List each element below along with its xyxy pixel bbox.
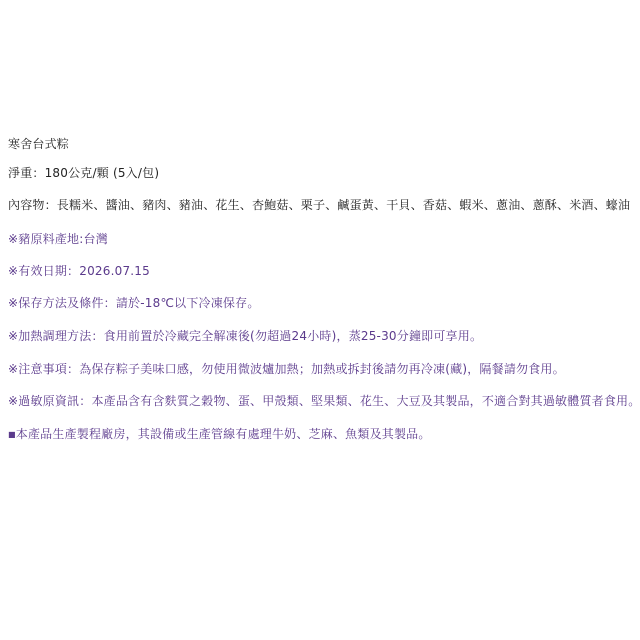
notice-storage: ※保存方法及條件：請於-18℃以下冷凍保存。 [8,295,260,311]
notice-allergens: ※過敏原資訊：本產品含有含麩質之穀物、蛋、甲殼類、堅果類、花生、大豆及其製品，不… [8,393,640,409]
facility-note-text: 本產品生產製程廠房，其設備或生產管線有處理牛奶、芝麻、魚類及其製品。 [16,427,431,441]
notice-expiry-date: ※有效日期：2026.07.15 [8,263,150,279]
notice-pork-origin: ※豬原料產地:台灣 [8,231,108,247]
product-title: 寒舍台式粽 [8,136,69,152]
net-weight: 淨重：180公克/顆 (5入/包) [8,165,159,181]
notice-heating-method: ※加熱調理方法：食用前置於冷藏完全解凍後(勿超過24小時)，蒸25-30分鐘即可… [8,328,482,344]
ingredients-list: 內容物：長糯米、醬油、豬肉、豬油、花生、杏鮑菇、栗子、鹹蛋黃、干貝、香菇、蝦米、… [8,197,630,213]
square-bullet-icon: ■ [8,430,16,439]
facility-note: ■本產品生產製程廠房，其設備或生產管線有處理牛奶、芝麻、魚類及其製品。 [8,426,431,443]
notice-precautions: ※注意事項：為保存粽子美味口感，勿使用微波爐加熱；加熱或拆封後請勿再冷凍(藏)，… [8,361,565,377]
